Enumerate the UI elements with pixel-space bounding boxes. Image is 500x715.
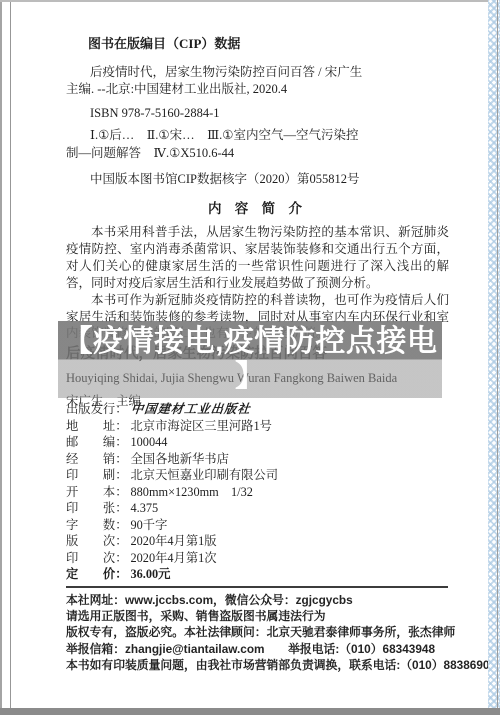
publication-value: 90千字 — [131, 517, 168, 534]
publication-label: 地 址： — [66, 418, 128, 435]
lattice-pattern-strip — [488, 0, 500, 715]
banner-text-line1: 【疫情接电,疫情防控点接电 — [63, 323, 438, 360]
publication-label: 字 数： — [66, 517, 128, 534]
publication-label: 邮 编： — [66, 434, 128, 451]
notice-line: 举报信箱：zhangjie@tiantailaw.com 举报电话:（010）6… — [66, 641, 450, 657]
publication-label: 版 次： — [66, 533, 128, 550]
cip-line: 后疫情时代，居家生物污染防控百问百答 / 宋广生 — [66, 64, 450, 82]
cip-record-number: 中国版本图书馆CIP数据核字（2020）第055812号 — [66, 171, 450, 189]
publication-row-price: 定 价： 36.00元 — [66, 566, 450, 583]
publication-label: 印 次： — [66, 550, 128, 567]
cip-line: 制—问题解答 Ⅳ.①X510.6-44 — [66, 145, 450, 163]
publication-label: 印 张： — [66, 500, 128, 517]
publication-label: 经 销： — [66, 451, 128, 468]
notice-line: 本书如有印装质量问题，由我社市场营销部负责调换，联系电话:（010）883869… — [66, 657, 450, 673]
banner-bracket-close: 】 — [235, 360, 265, 394]
publication-list: 出版发行： 中国建材工业出版社 地 址： 北京市海淀区三里河路1号 邮 编： 1… — [66, 401, 450, 583]
page-edge-top — [0, 0, 500, 2]
page-edge-left — [0, 0, 2, 715]
publication-value: 2020年4月第1版 — [131, 533, 217, 550]
price-value: 36.00元 — [131, 566, 171, 583]
abstract-heading: 内 容 简 介 — [66, 197, 449, 217]
overlay-banner: 【疫情接电,疫情防控点接电 】 — [58, 321, 442, 398]
publication-row: 地 址： 北京市海淀区三里河路1号 — [66, 418, 450, 435]
publication-value: 全国各地新华书店 — [131, 451, 229, 468]
notice-line: 请选用正版图书，采购、销售盗版图书属违法行为 — [66, 608, 450, 624]
publication-row: 开 本： 880mm×1230mm 1/32 — [66, 484, 450, 501]
book-colophon-page: 图书在版编目（CIP）数据 后疫情时代，居家生物污染防控百问百答 / 宋广生 主… — [0, 0, 500, 715]
publication-value: 2020年4月第1次 — [131, 550, 217, 567]
publication-row: 印 次： 2020年4月第1次 — [66, 550, 450, 567]
publication-row: 印 刷： 北京天恒嘉业印刷有限公司 — [66, 467, 450, 484]
publication-value: 北京市海淀区三里河路1号 — [131, 418, 272, 435]
cip-line: Ⅰ.①后… Ⅱ.①宋… Ⅲ.①室内空气—空气污染控 — [66, 127, 450, 145]
page-rule-right — [497, 0, 498, 715]
publication-value: 100044 — [131, 434, 168, 451]
publication-value: 4.375 — [131, 500, 159, 517]
abstract-paragraph: 本书采用科普手法，从居家生物污染防控的基本常识、新冠肺炎疫情防控、室内消毒杀菌常… — [66, 224, 449, 292]
notice-line: 版权专有，盗版必究。本社法律顾问：北京天驰君泰律师事务所，张杰律师 — [66, 624, 450, 640]
divider-rule — [66, 586, 448, 588]
publication-value: 北京天恒嘉业印刷有限公司 — [131, 467, 279, 484]
publication-row: 邮 编： 100044 — [66, 434, 450, 451]
publication-row: 印 张： 4.375 — [66, 500, 450, 517]
cip-line: 主编. --北京:中国建材工业出版社, 2020.4 — [66, 81, 450, 99]
page-rule-left — [10, 0, 11, 715]
cip-section: 图书在版编目（CIP）数据 后疫情时代，居家生物污染防控百问百答 / 宋广生 主… — [66, 35, 450, 189]
notice-line: 本社网址：www.jccbs.com，微信公众号：zgjcgycbs — [66, 592, 450, 608]
publication-label: 定 价： — [66, 566, 128, 583]
publication-value: 880mm×1230mm 1/32 — [131, 484, 253, 501]
publication-row: 字 数： 90千字 — [66, 517, 450, 534]
cip-isbn-line: ISBN 978-7-5160-2884-1 — [66, 105, 450, 123]
cip-heading: 图书在版编目（CIP）数据 — [66, 35, 450, 53]
page-edge-bottom — [0, 708, 500, 715]
publication-row: 经 销： 全国各地新华书店 — [66, 451, 450, 468]
publication-label: 开 本： — [66, 484, 128, 501]
notice-box: 本社网址：www.jccbs.com，微信公众号：zgjcgycbs 请选用正版… — [66, 592, 450, 673]
publication-row: 版 次： 2020年4月第1版 — [66, 533, 450, 550]
publication-label: 印 刷： — [66, 467, 128, 484]
